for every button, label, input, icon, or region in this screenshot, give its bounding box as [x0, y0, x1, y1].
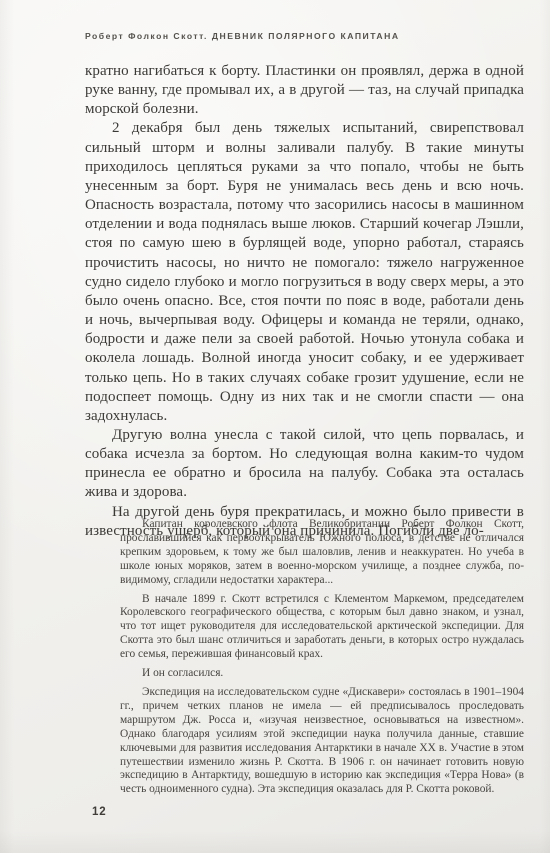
running-header: Роберт Фолкон Скотт.ДНЕВНИК ПОЛЯРНОГО КА… — [85, 31, 400, 41]
body-paragraph: 2 декабря был день тяжелых испытаний, св… — [85, 119, 524, 426]
annotation-paragraph: И он согласился. — [120, 667, 524, 681]
book-page-photo: Роберт Фолкон Скотт.ДНЕВНИК ПОЛЯРНОГО КА… — [0, 0, 550, 853]
annotation-paragraph: Экспедиция на исследовательском судне «Д… — [120, 686, 524, 797]
body-paragraph: кратно нагибаться к борту. Пластинки он … — [85, 62, 524, 119]
annotation-paragraph: В начале 1899 г. Скотт встретился с Клем… — [120, 593, 524, 663]
body-paragraph: Другую волна унесла с такой силой, что ц… — [85, 426, 524, 503]
editor-annotation-block: Капитан королевского флота Великобритани… — [120, 518, 524, 797]
main-body-text: кратно нагибаться к борту. Пластинки он … — [85, 62, 524, 541]
running-header-title: ДНЕВНИК ПОЛЯРНОГО КАПИТАНА — [212, 31, 400, 41]
running-header-author: Роберт Фолкон Скотт. — [85, 31, 208, 41]
page-number: 12 — [92, 806, 106, 818]
annotation-paragraph: Капитан королевского флота Великобритани… — [120, 518, 524, 588]
